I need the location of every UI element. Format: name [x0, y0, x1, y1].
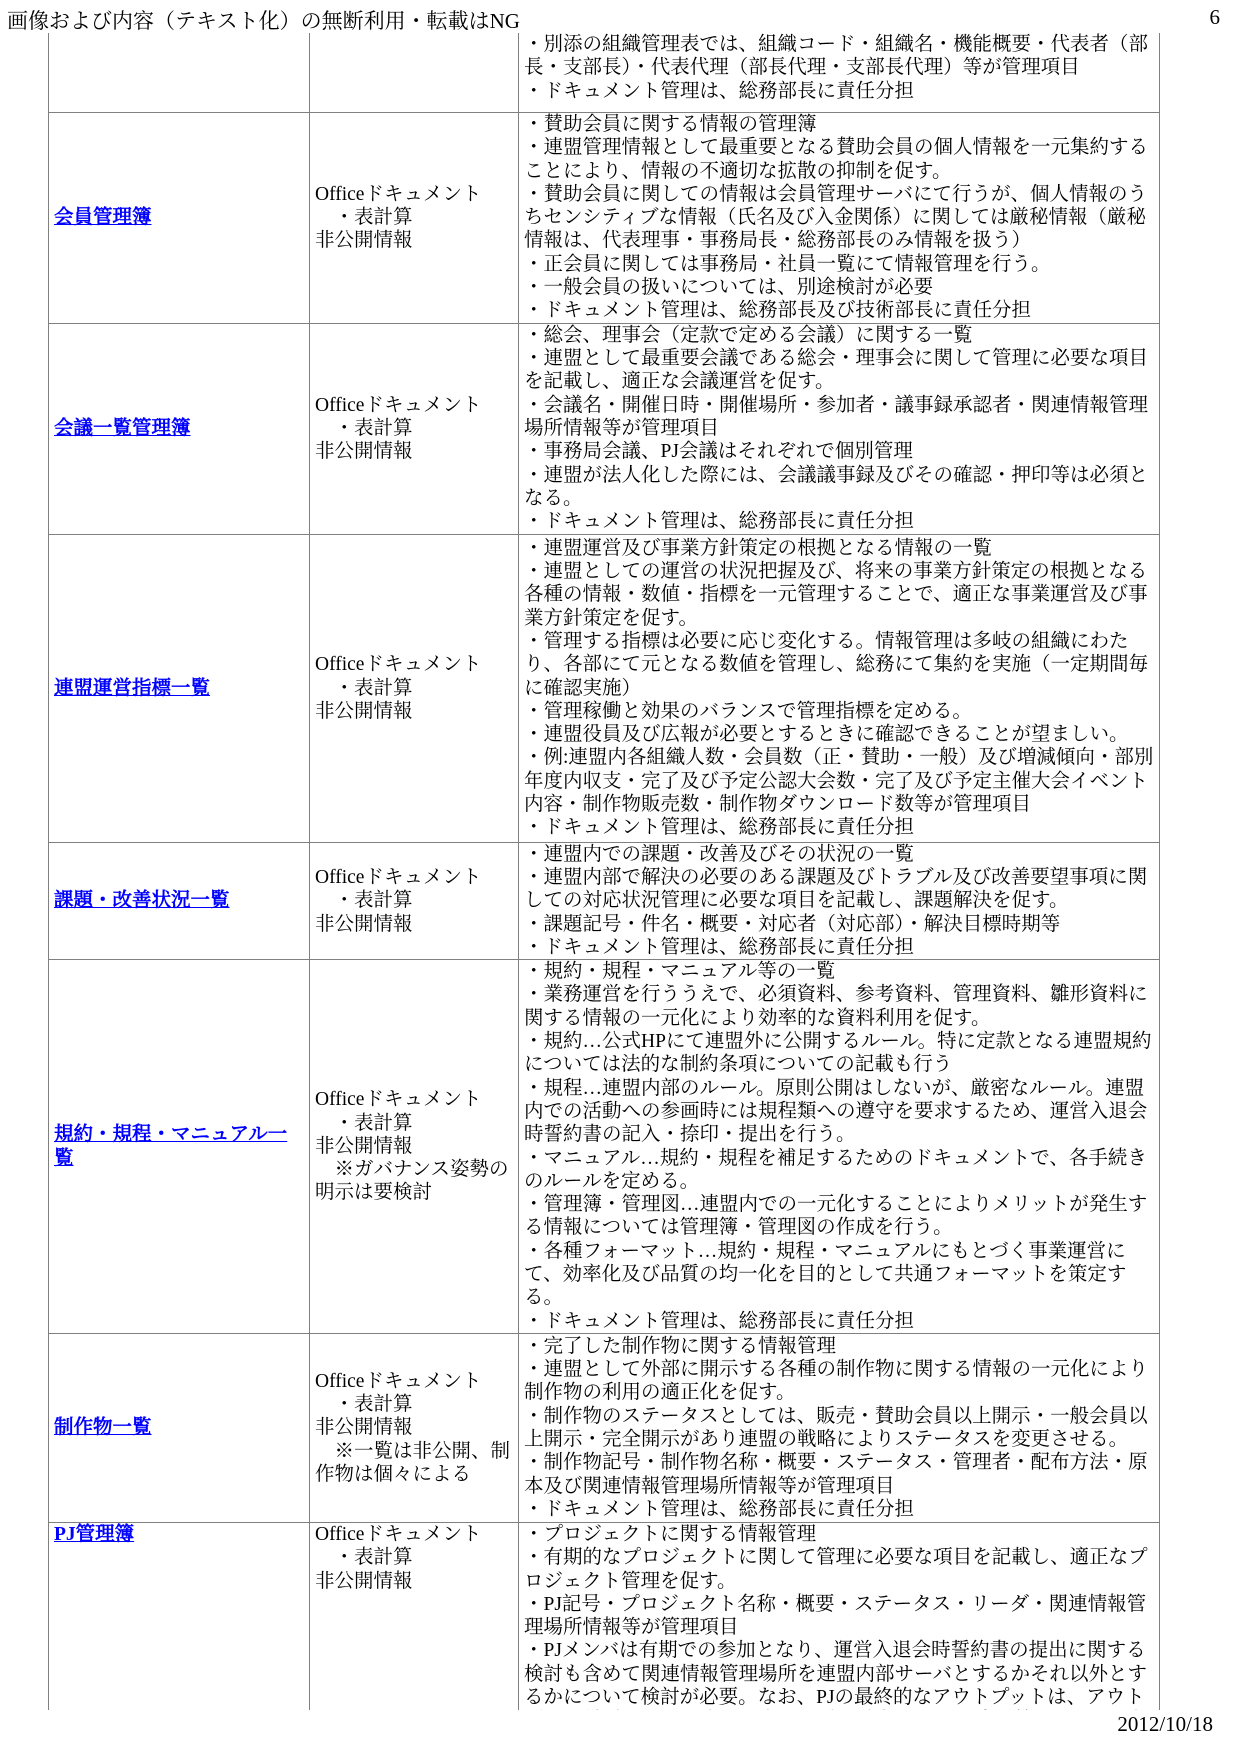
document-table-container: ・別添の組織管理表では、組織コード・組織名・機能概要・代表者（部長・支部長）・代… [48, 33, 1161, 1710]
doc-type-cell: Officeドキュメント ・表計算 非公開情報 [310, 1522, 519, 1710]
doc-title-cell: 連盟運営指標一覧 [49, 534, 310, 842]
table-row: 会員管理簿 Officeドキュメント ・表計算 非公開情報 ・賛助会員に関する情… [49, 113, 1160, 324]
doc-title-cell: 制作物一覧 [49, 1333, 310, 1522]
table-row: 課題・改善状況一覧 Officeドキュメント ・表計算 非公開情報 ・連盟内での… [49, 842, 1160, 959]
document-management-table: ・別添の組織管理表では、組織コード・組織名・機能概要・代表者（部長・支部長）・代… [48, 33, 1160, 1710]
doc-link-kaigi-ichiran-kanribo[interactable]: 会議一覧管理簿 [54, 418, 191, 439]
table-row: 制作物一覧 Officeドキュメント ・表計算 非公開情報 ※一覧は非公開、制作… [49, 1333, 1160, 1522]
doc-type-cell [310, 33, 519, 113]
doc-type-cell: Officeドキュメント ・表計算 非公開情報 [310, 534, 519, 842]
doc-title-cell: 規約・規程・マニュアル一覧 [49, 960, 310, 1334]
table-row: PJ管理簿 Officeドキュメント ・表計算 非公開情報 ・プロジェクトに関す… [49, 1522, 1160, 1710]
doc-link-seisakubutsu-ichiran[interactable]: 制作物一覧 [54, 1417, 152, 1438]
doc-link-kaiin-kanribo[interactable]: 会員管理簿 [54, 207, 152, 228]
doc-type-cell: Officeドキュメント ・表計算 非公開情報 [310, 842, 519, 959]
document-page: 画像および内容（テキスト化）の無断利用・転載はNG 6 ・別添の組織管理表では、… [0, 0, 1240, 1754]
doc-title-cell [49, 33, 310, 113]
doc-link-renmei-unei-shihyo-ichiran[interactable]: 連盟運営指標一覧 [54, 678, 210, 699]
header-notice: 画像および内容（テキスト化）の無断利用・転載はNG [7, 5, 520, 35]
doc-description-cell: ・賛助会員に関する情報の管理簿 ・連盟管理情報として最重要となる賛助会員の個人情… [519, 113, 1160, 324]
doc-description-cell: ・規約・規程・マニュアル等の一覧 ・業務運営を行ううえで、必須資料、参考資料、管… [519, 960, 1160, 1334]
doc-type-cell: Officeドキュメント ・表計算 非公開情報 ※ガバナンス姿勢の明示は要検討 [310, 960, 519, 1334]
doc-title-cell: PJ管理簿 [49, 1522, 310, 1710]
doc-link-kadai-kaizen-jokyo-ichiran[interactable]: 課題・改善状況一覧 [54, 890, 230, 911]
doc-link-pj-kanribo[interactable]: PJ管理簿 [54, 1524, 134, 1545]
doc-description-cell: ・別添の組織管理表では、組織コード・組織名・機能概要・代表者（部長・支部長）・代… [519, 33, 1160, 113]
doc-description-cell: ・完了した制作物に関する情報管理 ・連盟として外部に開示する各種の制作物に関する… [519, 1333, 1160, 1522]
doc-type-cell: Officeドキュメント ・表計算 非公開情報 [310, 113, 519, 324]
doc-title-cell: 課題・改善状況一覧 [49, 842, 310, 959]
doc-link-kiyaku-kitei-manual-ichiran[interactable]: 規約・規程・マニュアル一覧 [54, 1124, 287, 1168]
table-row: 規約・規程・マニュアル一覧 Officeドキュメント ・表計算 非公開情報 ※ガ… [49, 960, 1160, 1334]
doc-title-cell: 会員管理簿 [49, 113, 310, 324]
page-number: 6 [1210, 5, 1221, 30]
table-row: ・別添の組織管理表では、組織コード・組織名・機能概要・代表者（部長・支部長）・代… [49, 33, 1160, 113]
table-row: 連盟運営指標一覧 Officeドキュメント ・表計算 非公開情報 ・連盟運営及び… [49, 534, 1160, 842]
doc-description-cell: ・連盟内での課題・改善及びその状況の一覧 ・連盟内部で解決の必要のある課題及びト… [519, 842, 1160, 959]
doc-title-cell: 会議一覧管理簿 [49, 323, 310, 534]
doc-type-cell: Officeドキュメント ・表計算 非公開情報 [310, 323, 519, 534]
doc-description-cell: ・総会、理事会（定款で定める会議）に関する一覧 ・連盟として最重要会議である総会… [519, 323, 1160, 534]
footer-date: 2012/10/18 [1117, 1712, 1213, 1737]
doc-description-cell: ・連盟運営及び事業方針策定の根拠となる情報の一覧 ・連盟としての運営の状況把握及… [519, 534, 1160, 842]
doc-description-cell: ・プロジェクトに関する情報管理 ・有期的なプロジェクトに関して管理に必要な項目を… [519, 1522, 1160, 1710]
table-row: 会議一覧管理簿 Officeドキュメント ・表計算 非公開情報 ・総会、理事会（… [49, 323, 1160, 534]
doc-type-cell: Officeドキュメント ・表計算 非公開情報 ※一覧は非公開、制作物は個々によ… [310, 1333, 519, 1522]
